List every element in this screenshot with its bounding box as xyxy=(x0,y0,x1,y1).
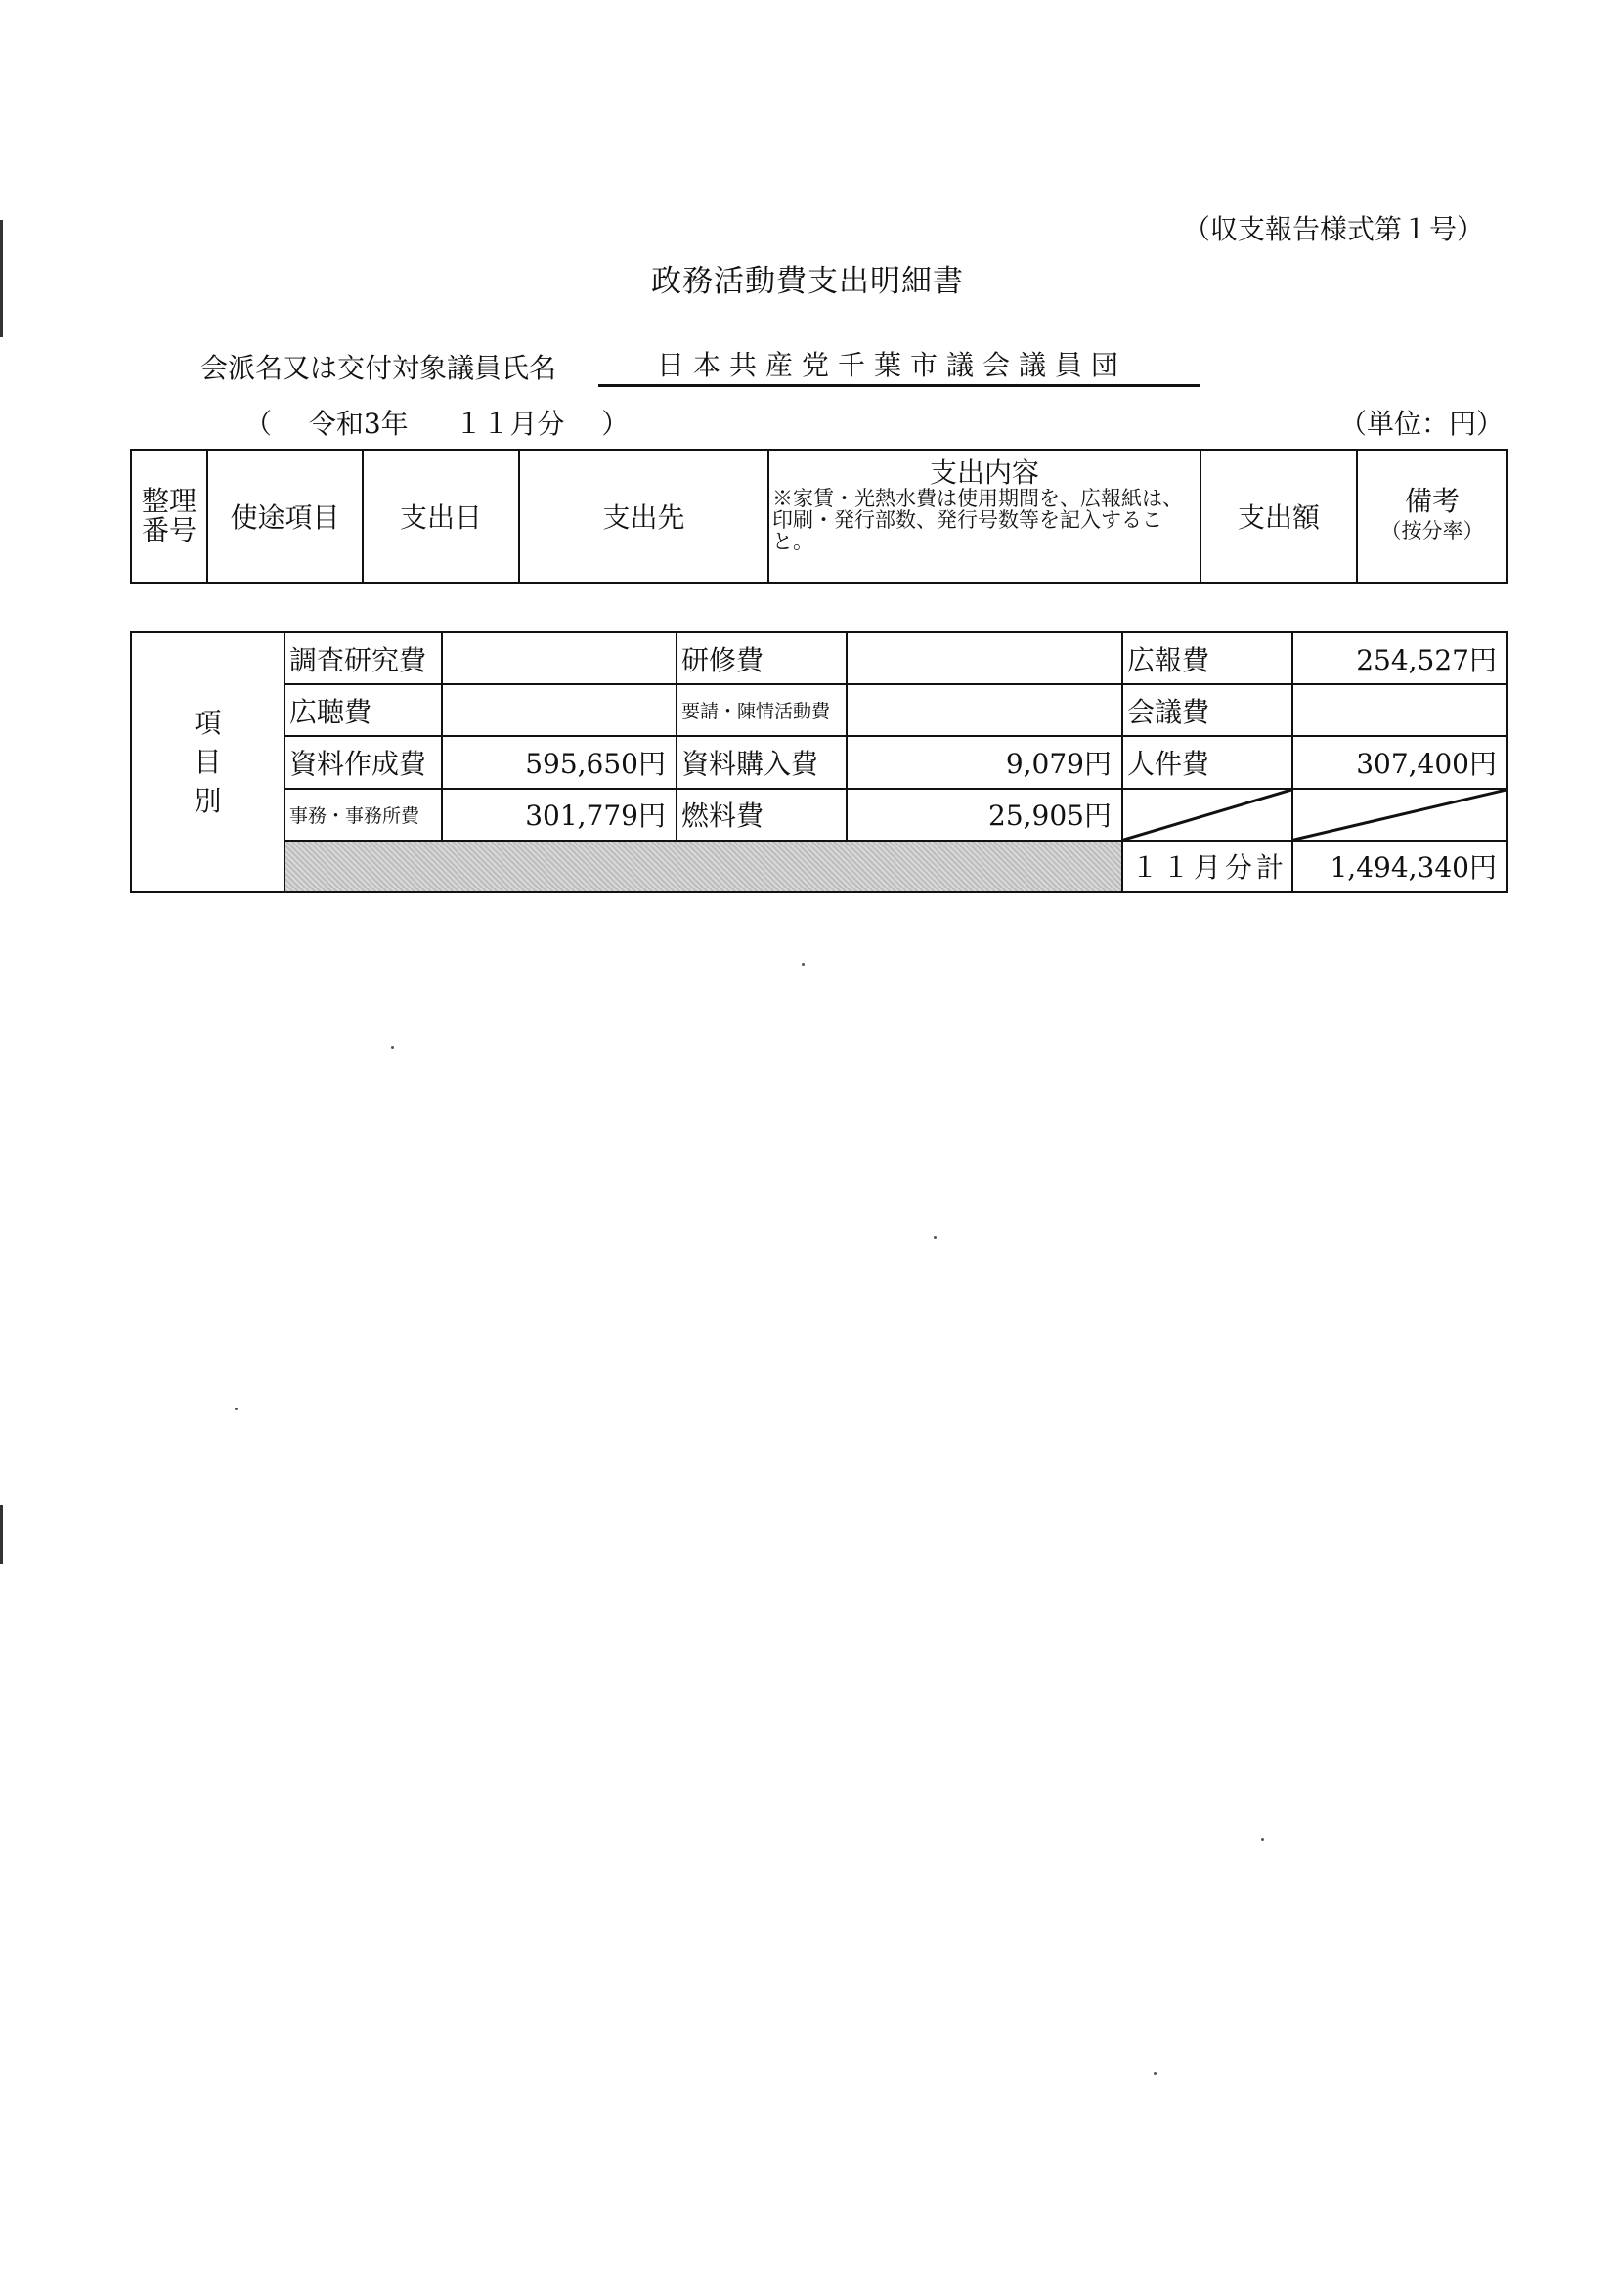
item-amount xyxy=(847,684,1122,736)
header-expense-content: 支出内容 ※家賃・光熱水費は使用期間を、広報紙は、印刷・発行部数、発行号数等を記… xyxy=(768,450,1200,583)
expenditure-detail-header: 整理番号 使途項目 支出日 支出先 支出内容 ※家賃・光熱水費は使用期間を、広報… xyxy=(130,449,1508,584)
item-amount: 301,779円 xyxy=(442,789,677,841)
header-expense-date: 支出日 xyxy=(363,450,519,583)
diagonal-strike-icon xyxy=(1123,790,1291,840)
header-usage-item: 使途項目 xyxy=(207,450,363,583)
scan-speck xyxy=(391,1046,394,1049)
item-label: 広報費 xyxy=(1122,632,1292,684)
category-label-text: 項目別 xyxy=(194,704,223,821)
item-amount xyxy=(442,684,677,736)
scan-speck xyxy=(235,1408,238,1410)
scan-margin-line xyxy=(0,1505,3,1564)
header-label: 備考 xyxy=(1358,487,1506,516)
item-label: 調査研究費 xyxy=(284,632,442,684)
item-amount: 307,400円 xyxy=(1292,736,1507,788)
period-close-paren: ） xyxy=(601,403,629,442)
form-number: （収支報告様式第１号） xyxy=(1183,208,1484,247)
category-summary-table: 項目別 調査研究費 研修費 広報費 254,527円 広聴費 要請・陳情活動費 … xyxy=(130,631,1508,893)
faction-name: 日本共産党千葉市議会議員団 xyxy=(598,344,1200,387)
item-label: 要請・陳情活動費 xyxy=(677,684,847,736)
header-note: ※家賃・光熱水費は使用期間を、広報紙は、印刷・発行部数、発行号数等を記入すること… xyxy=(769,488,1200,552)
header-label: 整理番号 xyxy=(140,487,198,545)
struck-out-cell xyxy=(1122,789,1292,841)
diagonal-strike-icon xyxy=(1293,790,1506,840)
shaded-cell xyxy=(284,841,1122,892)
scan-speck xyxy=(1261,1838,1264,1841)
header-payee: 支出先 xyxy=(519,450,768,583)
header-serial-number: 整理番号 xyxy=(131,450,207,583)
table-row: １１月分計 1,494,340円 xyxy=(131,841,1507,892)
header-label: 支出内容 xyxy=(769,458,1200,488)
item-amount xyxy=(442,632,677,684)
item-label: 研修費 xyxy=(677,632,847,684)
item-label: 事務・事務所費 xyxy=(284,789,442,841)
item-label: 広聴費 xyxy=(284,684,442,736)
header-sublabel: （按分率） xyxy=(1358,516,1506,545)
header-amount: 支出額 xyxy=(1200,450,1357,583)
header-remarks: 備考 （按分率） xyxy=(1357,450,1507,583)
document-title: 政務活動費支出明細書 xyxy=(0,256,1615,300)
table-row: 広聴費 要請・陳情活動費 会議費 xyxy=(131,684,1507,736)
item-amount xyxy=(847,632,1122,684)
period-open-paren: （ xyxy=(244,403,272,442)
item-label: 燃料費 xyxy=(677,789,847,841)
table-row: 項目別 調査研究費 研修費 広報費 254,527円 xyxy=(131,632,1507,684)
table-row: 資料作成費 595,650円 資料購入費 9,079円 人件費 307,400円 xyxy=(131,736,1507,788)
unit-label: （単位：円） xyxy=(1339,403,1504,442)
scan-speck xyxy=(1154,2072,1157,2075)
table-row: 事務・事務所費 301,779円 燃料費 25,905円 xyxy=(131,789,1507,841)
item-label: 資料作成費 xyxy=(284,736,442,788)
item-amount: 9,079円 xyxy=(847,736,1122,788)
item-amount: 25,905円 xyxy=(847,789,1122,841)
item-label: 会議費 xyxy=(1122,684,1292,736)
period-month: １１月分 xyxy=(455,403,564,442)
item-amount: 595,650円 xyxy=(442,736,677,788)
item-label: 人件費 xyxy=(1122,736,1292,788)
item-amount xyxy=(1292,684,1507,736)
faction-label: 会派名又は交付対象議員氏名 xyxy=(200,347,556,386)
total-amount: 1,494,340円 xyxy=(1292,841,1507,892)
total-label: １１月分計 xyxy=(1122,841,1292,892)
category-label: 項目別 xyxy=(131,632,284,892)
reporting-period: （ 令和3年 １１月分 ） xyxy=(244,403,629,442)
struck-out-cell xyxy=(1292,789,1507,841)
scan-speck xyxy=(934,1236,937,1239)
period-year: 令和3年 xyxy=(309,403,409,442)
scan-speck xyxy=(802,963,805,966)
item-label: 資料購入費 xyxy=(677,736,847,788)
item-amount: 254,527円 xyxy=(1292,632,1507,684)
